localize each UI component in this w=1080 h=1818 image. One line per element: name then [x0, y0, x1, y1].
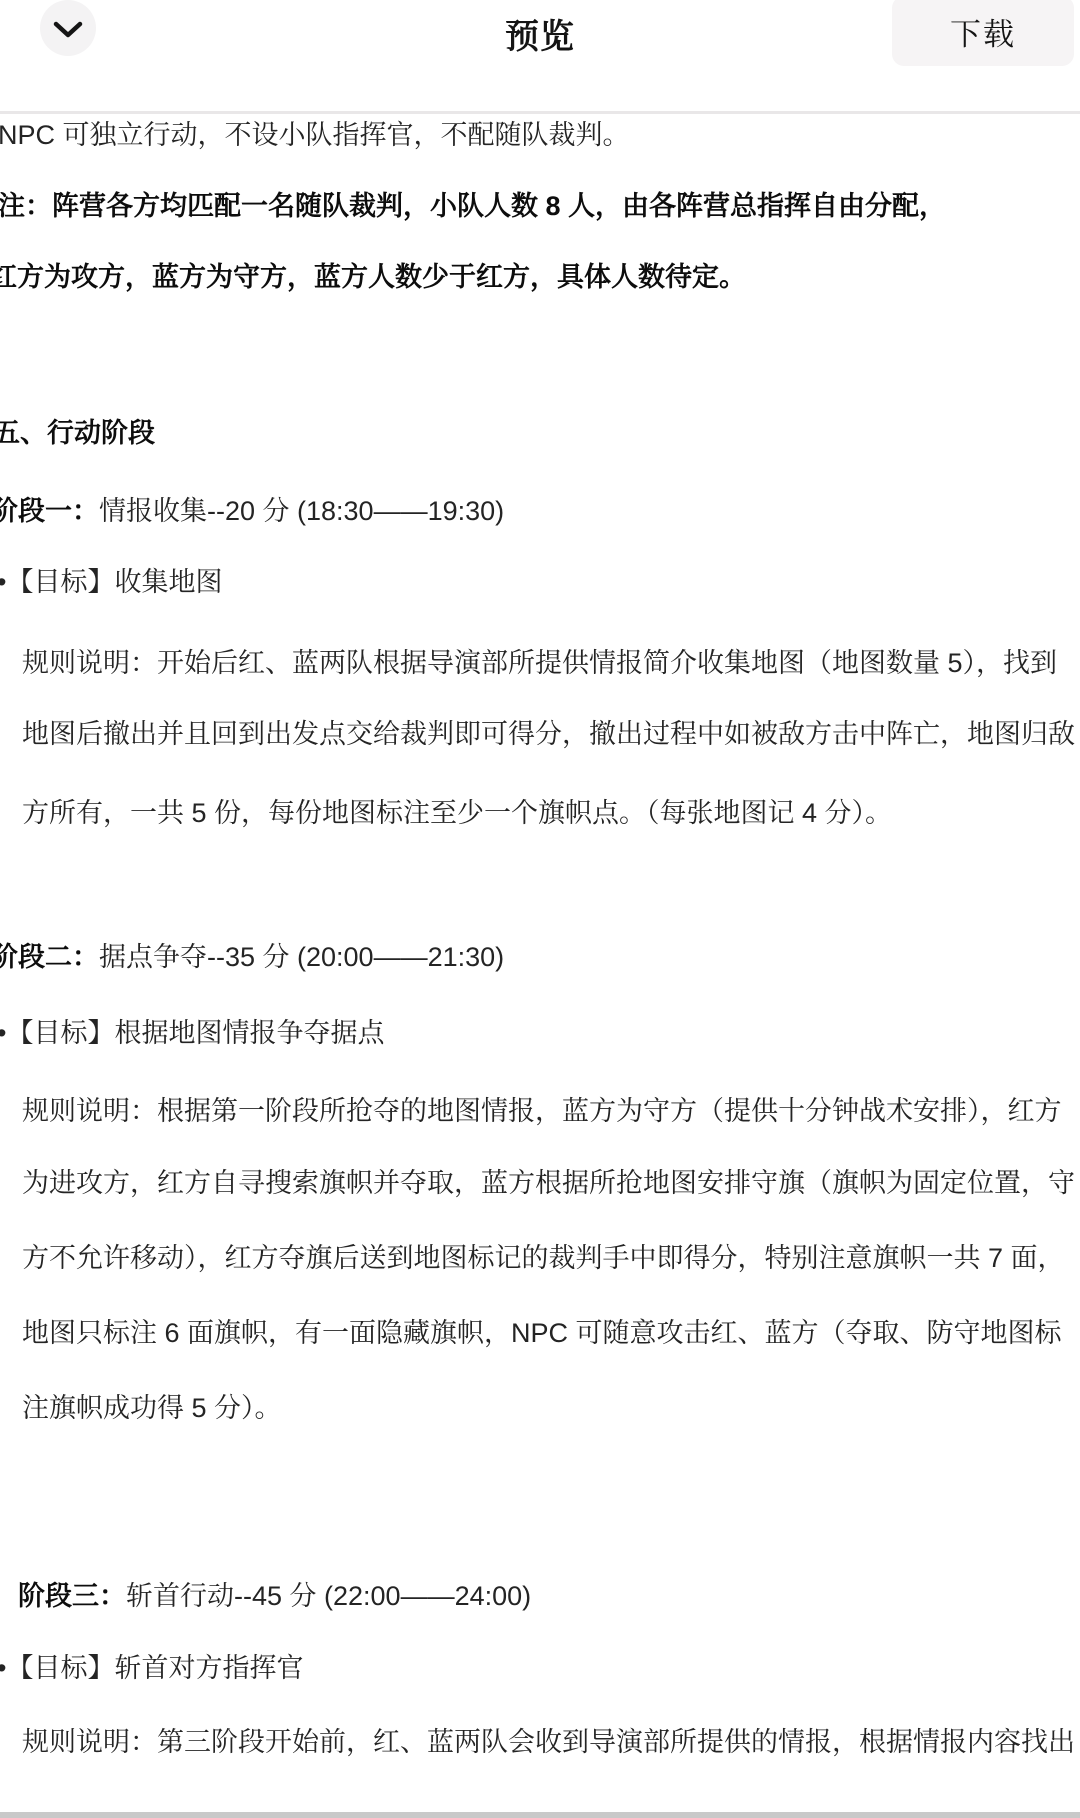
text-line: 地图只标注 6 面旗帜，有一面隐藏旗帜，NPC 可随意攻击红、蓝方（夺取、防守地…	[22, 1314, 1062, 1352]
text-line: •【目标】收集地图	[0, 563, 222, 601]
text-line: 规则说明：开始后红、蓝两队根据导演部所提供情报简介收集地图（地图数量 5），找到	[22, 644, 1057, 682]
bottom-separator	[0, 1812, 1080, 1818]
text-line: 红方为攻方，蓝方为守方，蓝方人数少于红方，具体人数待定。	[0, 258, 746, 296]
text-line: 注旗帜成功得 5 分）。	[22, 1389, 282, 1427]
text-line: 规则说明：根据第一阶段所抢夺的地图情报，蓝方为守方（提供十分钟战术安排），红方	[22, 1092, 1062, 1130]
download-button-label: 下载	[950, 9, 1016, 54]
text-line: 注：阵营各方均匹配一名随队裁判，小队人数 8 人，由各阵营总指挥自由分配，	[0, 187, 946, 225]
text-line: 方所有，一共 5 份，每份地图标注至少一个旗帜点。（每张地图记 4 分）。	[22, 794, 892, 832]
text-line: 五、行动阶段	[0, 414, 155, 452]
text-line: NPC 可独立行动，不设小队指挥官，不配随队裁判。	[0, 116, 630, 154]
text-line: 阶段二：据点争夺--35 分 (20:00——21:30)	[0, 938, 504, 976]
document-page[interactable]: NPC 可独立行动，不设小队指挥官，不配随队裁判。注：阵营各方均匹配一名随队裁判…	[0, 0, 1080, 1818]
text-line: 为进攻方，红方自寻搜索旗帜并夺取，蓝方根据所抢地图安排守旗（旗帜为固定位置，守	[22, 1164, 1075, 1202]
text-line: 方不允许移动），红方夺旗后送到地图标记的裁判手中即得分，特别注意旗帜一共 7 面…	[22, 1239, 1065, 1277]
top-bar: 预览 下载	[0, 0, 1080, 111]
text-line: •【目标】斩首对方指挥官	[0, 1649, 303, 1687]
header-separator	[0, 111, 1080, 114]
text-line: 阶段一：情报收集--20 分 (18:30——19:30)	[0, 492, 504, 530]
download-button[interactable]: 下载	[892, 0, 1074, 66]
text-line: 规则说明：第三阶段开始前，红、蓝两队会收到导演部所提供的情报，根据情报内容找出	[22, 1723, 1075, 1761]
text-line: 阶段三：斩首行动--45 分 (22:00——24:00)	[18, 1577, 531, 1615]
text-line: •【目标】根据地图情报争夺据点	[0, 1014, 384, 1052]
text-line: 地图后撤出并且回到出发点交给裁判即可得分，撤出过程中如被敌方击中阵亡，地图归敌	[22, 715, 1075, 753]
